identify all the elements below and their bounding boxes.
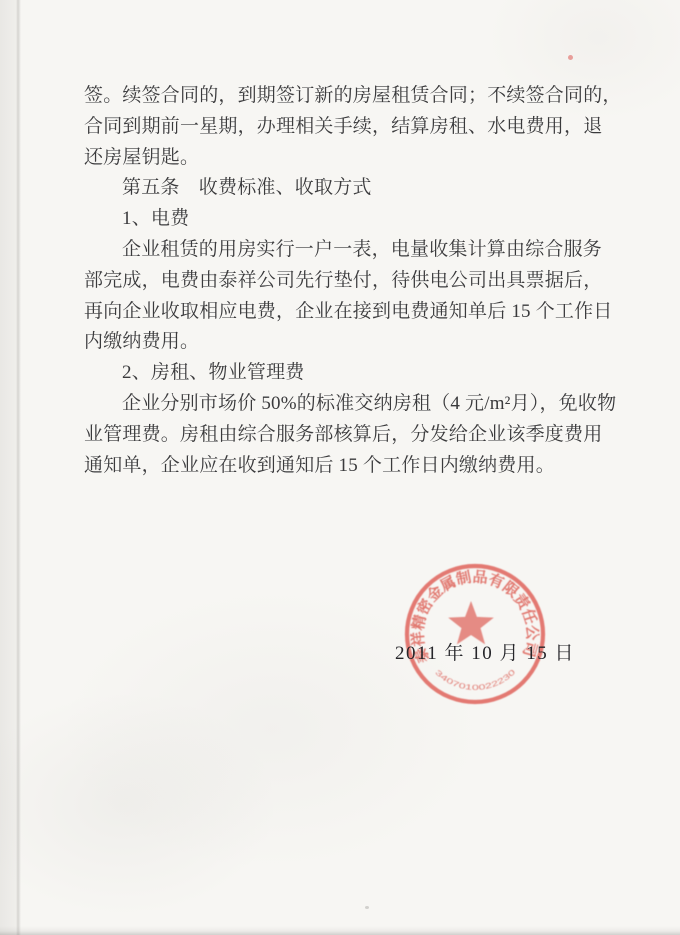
date-text: 2011 年 10 月 15 日 — [395, 638, 575, 665]
text-line: 通知单，企业应在收到通知后 15 个工作日内缴纳费用。 — [84, 451, 644, 482]
text-line: 企业分别市场价 50%的标准交纳房租（4 元/m²月），免收物 — [84, 389, 644, 420]
document-text: 签。续签合同的，到期签订新的房屋租赁合同；不续签合同的，合同到期前一星期，办理相… — [84, 81, 644, 481]
scan-edge-bottom — [0, 925, 680, 935]
text-line: 2、房租、物业管理费 — [84, 358, 644, 389]
text-line: 合同到期前一星期，办理相关手续，结算房租、水电费用，退 — [84, 112, 644, 143]
text-line: 签。续签合同的，到期签订新的房屋租赁合同；不续签合同的， — [84, 81, 644, 112]
text-line: 第五条 收费标准、收取方式 — [84, 173, 644, 204]
scanned-page: 签。续签合同的，到期签订新的房屋租赁合同；不续签合同的，合同到期前一星期，办理相… — [0, 0, 680, 935]
scan-speck — [365, 906, 369, 909]
text-line: 内缴纳费用。 — [84, 327, 644, 358]
text-line: 业管理费。房租由综合服务部核算后，分发给企业该季度费用 — [84, 420, 644, 451]
text-line: 部完成，电费由泰祥公司先行垫付，待供电公司出具票据后， — [84, 266, 644, 297]
text-line: 1、电费 — [84, 204, 644, 235]
scan-speck — [568, 55, 573, 60]
seal-number-arc-text: 3407010022230 — [433, 667, 517, 692]
company-seal-stamp: 泰祥精密金属制品有限责任公司 3407010022230 — [402, 561, 548, 707]
text-line: 再向企业收取相应电费，企业在接到电费通知单后 15 个工作日 — [84, 297, 644, 328]
text-line: 还房屋钥匙。 — [84, 143, 644, 174]
text-line: 企业租赁的用房实行一户一表，电量收集计算由综合服务 — [84, 235, 644, 266]
scan-edge-left — [0, 0, 22, 935]
